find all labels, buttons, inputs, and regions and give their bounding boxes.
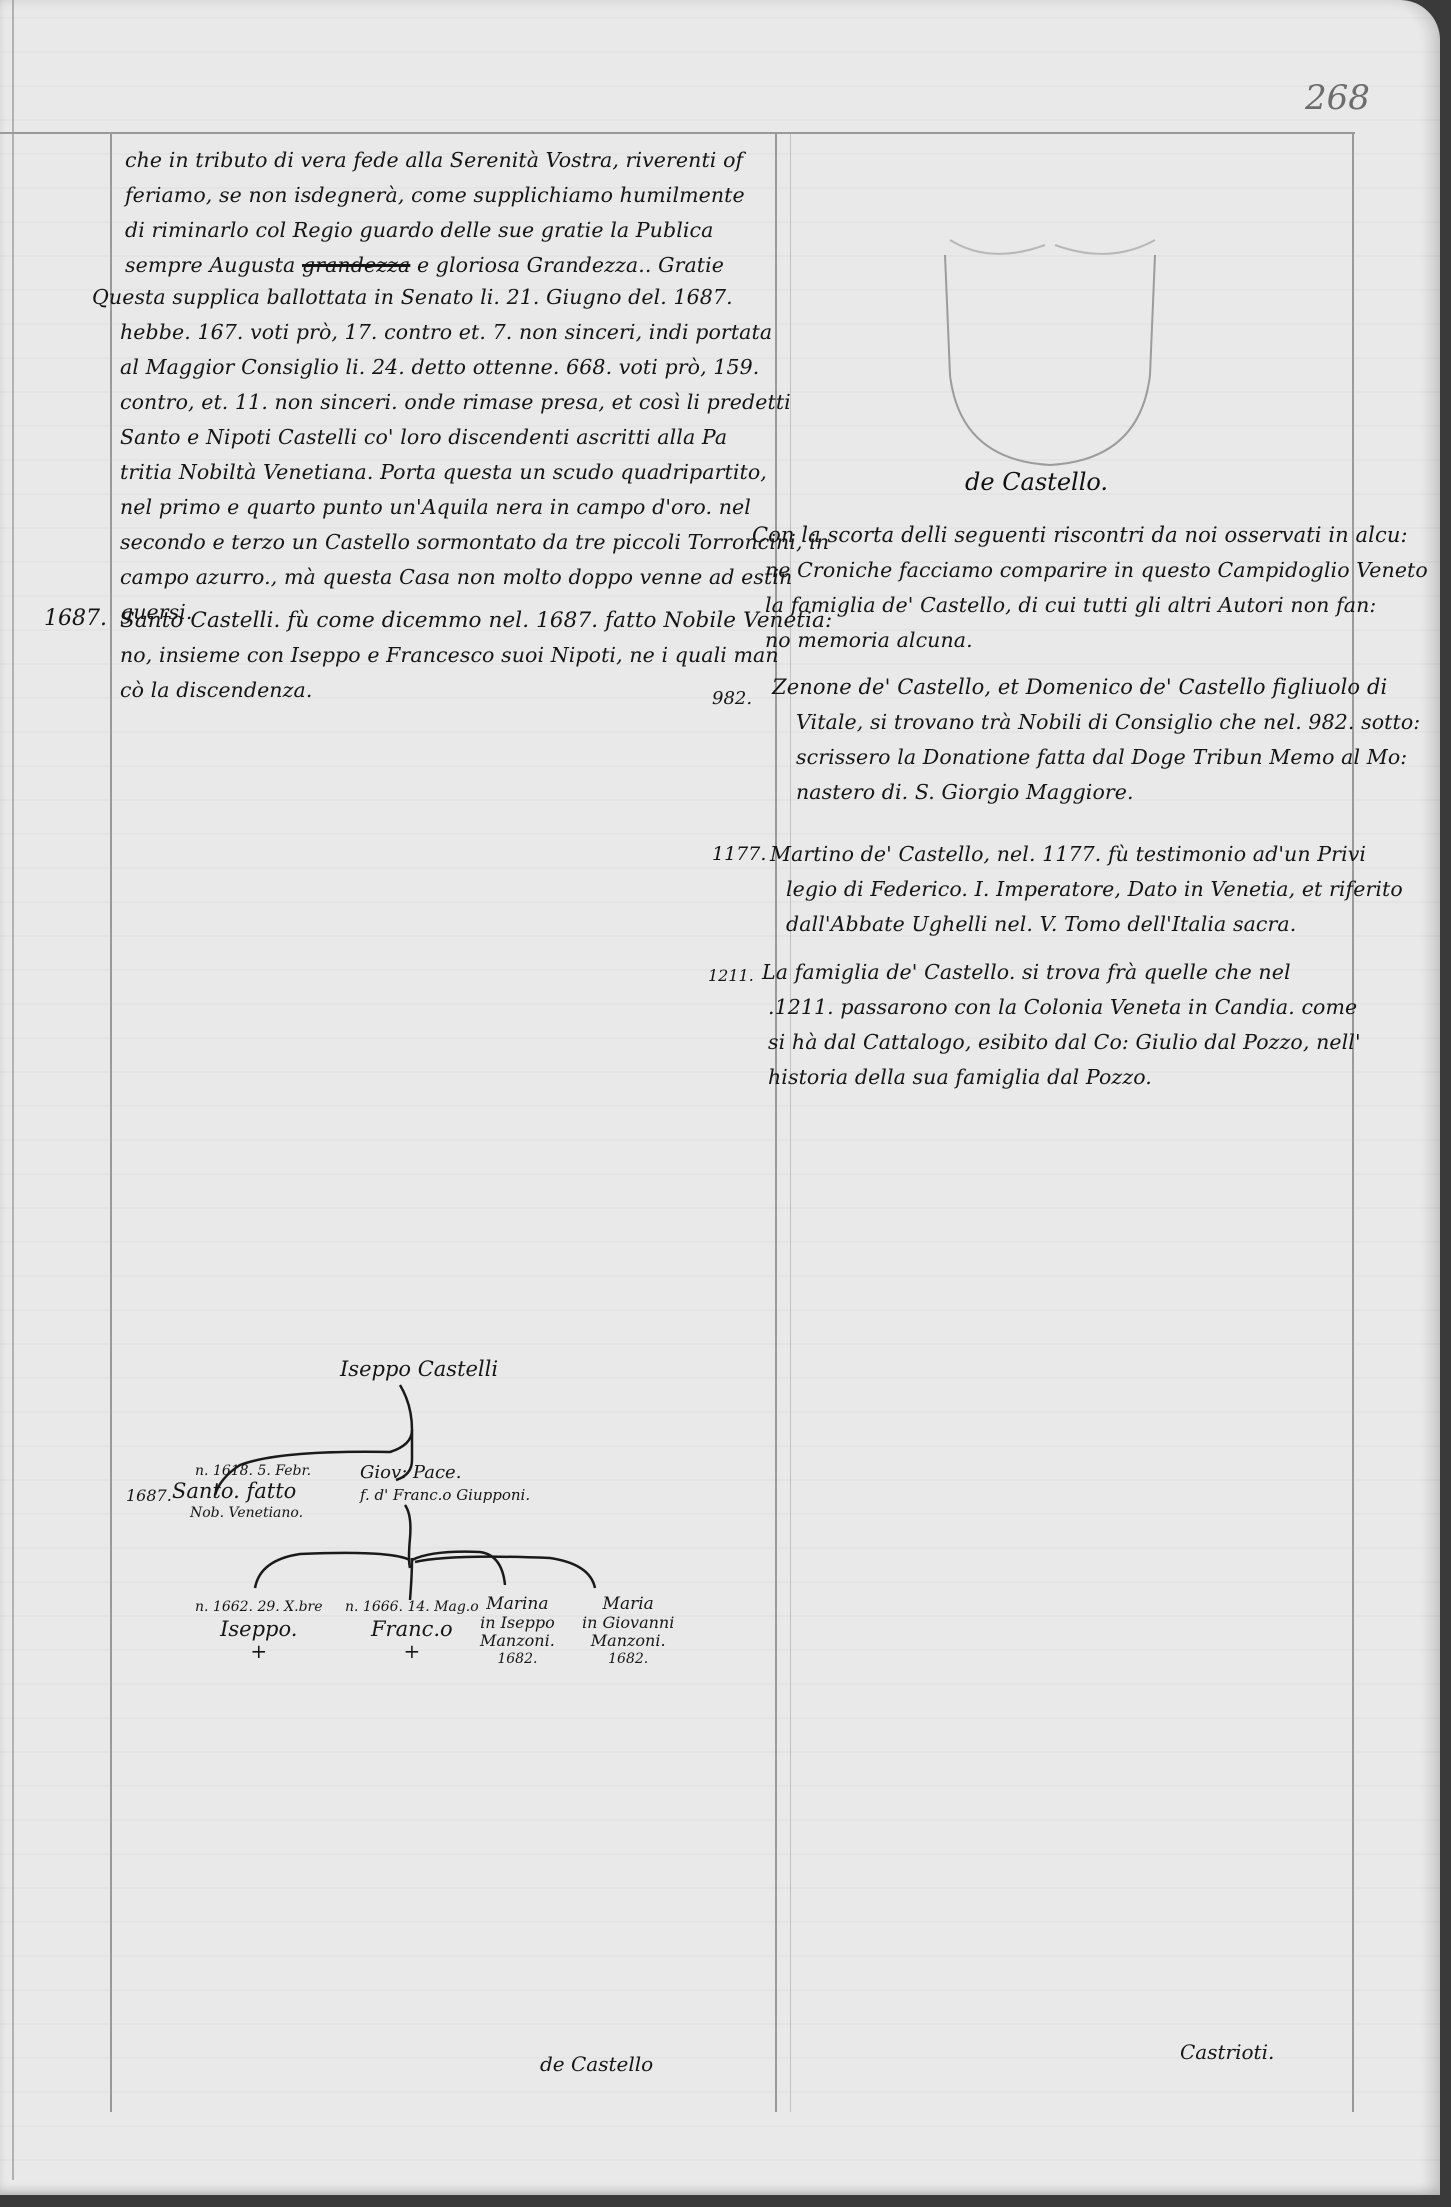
- deceased-cross-icon: +: [195, 1642, 323, 1660]
- text-line: no memoria alcuna.: [752, 623, 1428, 658]
- entry-1211: La famiglia de' Castello. si trova frà q…: [762, 955, 1361, 1095]
- text-line: La famiglia de' Castello. si trova frà q…: [762, 955, 1361, 990]
- tree-child-iseppo: n. 1662. 29. X.bre Iseppo. +: [195, 1598, 323, 1660]
- text-line: nel primo e quarto punto un'Aquila nera …: [92, 490, 829, 525]
- right-margin-rule: [1352, 132, 1354, 2112]
- spouse-note: in Giovanni: [582, 1614, 674, 1632]
- tree-node-giov-pace: Giov: Pace. f. d' Franc.o Giupponi.: [360, 1460, 530, 1504]
- text-line: al Maggior Consiglio li. 24. detto otten…: [92, 350, 829, 385]
- text-line: hebbe. 167. voti prò, 17. contro et. 7. …: [92, 315, 829, 350]
- person-name: Iseppo Castelli: [340, 1356, 498, 1382]
- text-line: di riminarlo col Regio guardo delle sue …: [125, 213, 745, 248]
- manuscript-page: 268 che in tributo di vera fede alla Ser…: [0, 0, 1440, 2195]
- tree-node-santo-year: 1687.: [126, 1486, 172, 1505]
- text-line: la famiglia de' Castello, di cui tutti g…: [752, 588, 1428, 623]
- text-line: nastero di. S. Giorgio Maggiore.: [772, 775, 1420, 810]
- text-line: .1211. passarono con la Colonia Veneta i…: [762, 990, 1361, 1025]
- left-paragraph-1: che in tributo di vera fede alla Serenit…: [125, 143, 745, 283]
- left-paragraph-2: Questa supplica ballottata in Senato li.…: [92, 280, 829, 630]
- entry-982: Zenone de' Castello, et Domenico de' Cas…: [772, 670, 1420, 810]
- text-line: Santo Castelli. fù come dicemmo nel. 168…: [120, 603, 832, 638]
- spouse-note: in Iseppo: [480, 1614, 555, 1632]
- page-number: 268: [1305, 78, 1370, 118]
- text-line: sempre Augusta grandezza e gloriosa Gran…: [125, 248, 745, 283]
- person-title: Nob. Venetiano.: [172, 1504, 303, 1522]
- footer-label-de-castello: de Castello: [540, 2052, 653, 2076]
- person-name: Giov: Pace.: [360, 1460, 530, 1486]
- right-intro: Con la scorta delli seguenti riscontri d…: [752, 518, 1428, 658]
- year-marginal-982: 982.: [712, 688, 752, 709]
- text-line: si hà dal Cattalogo, esibito dal Co: Giu…: [762, 1025, 1361, 1060]
- top-rule: [0, 132, 1355, 134]
- tree-child-franco: n. 1666. 14. Mag.o Franc.o +: [345, 1598, 479, 1660]
- text-line: legio di Federico. I. Imperatore, Dato i…: [770, 872, 1403, 907]
- person-name: Marina: [480, 1594, 555, 1614]
- outer-edge-rule: [12, 0, 14, 2180]
- text-line: Questa supplica ballottata in Senato li.…: [92, 280, 829, 315]
- text-line: tritia Nobiltà Venetiana. Porta questa u…: [92, 455, 829, 490]
- text-fragment: sempre Augusta: [125, 253, 295, 277]
- text-line: Martino de' Castello, nel. 1177. fù test…: [770, 837, 1403, 872]
- text-fragment: e gloriosa Grandezza.. Gratie: [417, 253, 724, 277]
- spouse-surname: Manzoni.: [480, 1632, 555, 1650]
- text-line: Santo e Nipoti Castelli co' loro discend…: [92, 420, 829, 455]
- text-line: dall'Abbate Ughelli nel. V. Tomo dell'It…: [770, 907, 1403, 942]
- text-line: secondo e terzo un Castello sormontato d…: [92, 525, 829, 560]
- birth-note: n. 1662. 29. X.bre: [195, 1598, 323, 1616]
- text-line: Zenone de' Castello, et Domenico de' Cas…: [772, 670, 1420, 705]
- text-line: contro, et. 11. non sinceri. onde rimase…: [92, 385, 829, 420]
- deceased-cross-icon: +: [345, 1642, 479, 1660]
- text-line: scrissero la Donatione fatta dal Doge Tr…: [772, 740, 1420, 775]
- text-line: ne Croniche facciamo comparire in questo…: [752, 553, 1428, 588]
- tree-node-santo-name: Santo. fatto Nob. Venetiano.: [172, 1478, 303, 1522]
- entry-1177: Martino de' Castello, nel. 1177. fù test…: [770, 837, 1403, 942]
- text-line: historia della sua famiglia dal Pozzo.: [762, 1060, 1361, 1095]
- year-marginal-1211: 1211.: [708, 966, 754, 985]
- text-line: feriamo, se non isdegnerà, come supplich…: [125, 178, 745, 213]
- spouse-surname: Manzoni.: [582, 1632, 674, 1650]
- coat-of-arms-caption: de Castello.: [965, 468, 1108, 496]
- struck-word: grandezza: [302, 253, 410, 277]
- text-line: Con la scorta delli seguenti riscontri d…: [752, 518, 1428, 553]
- spouse-note: f. d' Franc.o Giupponi.: [360, 1486, 530, 1504]
- text-line: Vitale, si trovano trà Nobili di Consigl…: [772, 705, 1420, 740]
- birth-note: n. 1666. 14. Mag.o: [345, 1598, 479, 1616]
- coat-of-arms-shield-outline: [930, 225, 1190, 475]
- text-line: campo azurro., mà questa Casa non molto …: [92, 560, 829, 595]
- tree-child-marina: Marina in Iseppo Manzoni. 1682.: [480, 1594, 555, 1668]
- year-marginal-1687: 1687.: [44, 606, 107, 631]
- marriage-year: 1682.: [582, 1650, 674, 1668]
- text-line: no, insieme con Iseppo e Francesco suoi …: [120, 638, 832, 673]
- tree-child-maria: Maria in Giovanni Manzoni. 1682.: [582, 1594, 674, 1668]
- year-marginal-1177: 1177.: [712, 843, 766, 865]
- marriage-year: 1682.: [480, 1650, 555, 1668]
- footer-label-castrioti: Castrioti.: [1180, 2040, 1274, 2064]
- person-name: Maria: [582, 1594, 674, 1614]
- person-name: Santo. fatto: [172, 1478, 303, 1504]
- tree-root-iseppo-castelli: Iseppo Castelli: [340, 1356, 498, 1382]
- text-line: che in tributo di vera fede alla Serenit…: [125, 143, 745, 178]
